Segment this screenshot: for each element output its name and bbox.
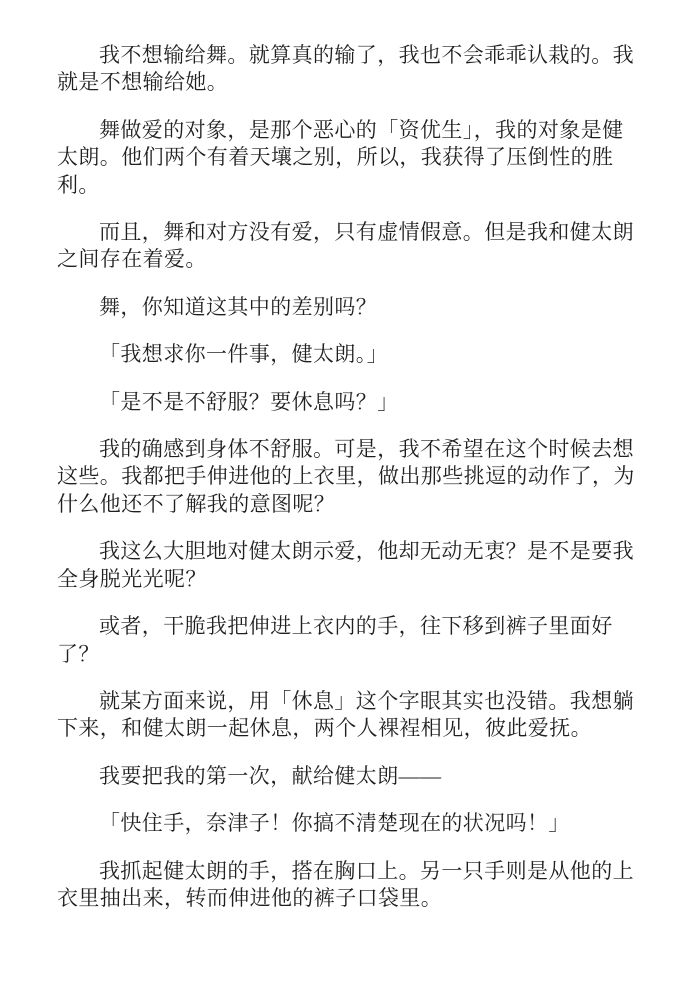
document-page: 我不想输给舞。就算真的输了，我也不会乖乖认栽的。我 就是不想输给她。 舞做爱的对… <box>0 0 700 992</box>
paragraph: 就某方面来说，用「休息」这个字眼其实也没错。我想躺 下来，和健太朗一起休息，两个… <box>57 688 643 743</box>
paragraph: 我抓起健太朗的手，搭在胸口上。另一只手则是从他的上 衣里抽出来，转而伸进他的裤子… <box>57 858 643 913</box>
paragraph: 「是不是不舒服？要休息吗？」 <box>57 389 643 416</box>
paragraph: 或者，干脆我把伸进上衣内的手，往下移到裤子里面好 了？ <box>57 613 643 668</box>
paragraph: 我这么大胆地对健太朗示爱，他却无动无衷？是不是要我 全身脱光光呢？ <box>57 538 643 593</box>
paragraph: 舞做爱的对象，是那个恶心的「资优生」，我的对象是健 太朗。他们两个有着天壤之别，… <box>57 117 643 199</box>
paragraph: 「我想求你一件事，健太朗。」 <box>57 341 643 368</box>
paragraph: 我的确感到身体不舒服。可是，我不希望在这个时候去想 这些。我都把手伸进他的上衣里… <box>57 436 643 518</box>
paragraph: 舞，你知道这其中的差别吗？ <box>57 294 643 321</box>
paragraph: 「快住手，奈津子！你搞不清楚现在的状况吗！」 <box>57 810 643 837</box>
paragraph: 而且，舞和对方没有爱，只有虚情假意。但是我和健太朗 之间存在着爱。 <box>57 219 643 274</box>
page-content: 我不想输给舞。就算真的输了，我也不会乖乖认栽的。我 就是不想输给她。 舞做爱的对… <box>0 0 700 912</box>
paragraph: 我要把我的第一次，献给健太朗—— <box>57 763 643 790</box>
paragraph: 我不想输给舞。就算真的输了，我也不会乖乖认栽的。我 就是不想输给她。 <box>57 42 643 97</box>
